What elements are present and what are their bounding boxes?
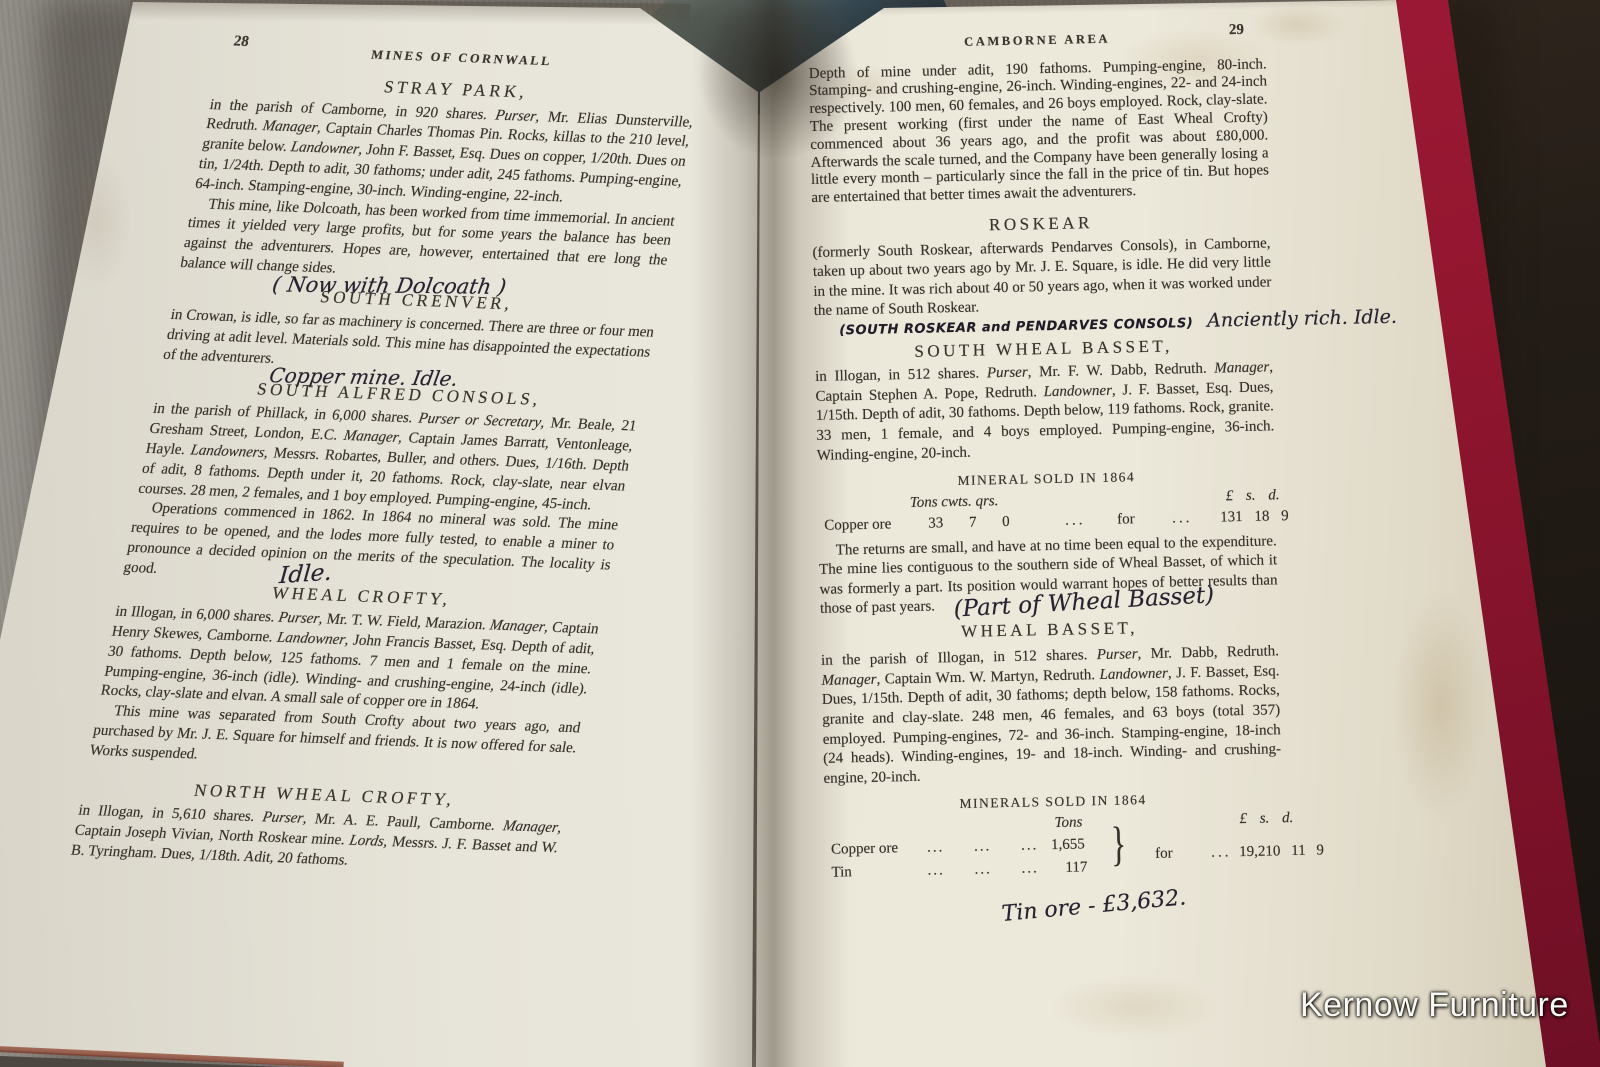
section-paragraph: in the parish of Illogan, in 512 shares.… <box>821 643 1282 790</box>
book-photo-scene: 28 MINES OF CORNWALL STRAY PARK, in the … <box>0 0 1600 1067</box>
page-stain <box>1050 975 1220 1039</box>
right-running-head: CAMBORNE AREA <box>964 32 1110 49</box>
table-dots: ... ... ... <box>927 859 1039 881</box>
right-page-content: CAMBORNE AREA 29 Depth of mine under adi… <box>808 26 1284 918</box>
table-qty-value: 33 7 0 <box>928 513 1010 534</box>
table-money-header: £ s. d. <box>1226 486 1280 507</box>
table-amount-value: 131 18 9 <box>1220 507 1289 528</box>
table-for-word: for <box>1155 845 1173 865</box>
handwritten-script-roskear: Anciently rich. Idle. <box>1207 308 1397 332</box>
table-qty-value: 1,655 <box>1051 835 1085 855</box>
page-stain <box>1392 590 1487 820</box>
table-for-word: for <box>1117 510 1135 530</box>
section-paragraph: in Illogan, in 512 shares. Purser, Mr. F… <box>815 358 1275 466</box>
table-row-label: Copper ore <box>824 515 891 536</box>
section-heading-roskear: ROSKEAR <box>812 209 1270 238</box>
left-running-head: MINES OF CORNWALL <box>370 48 553 69</box>
section-paragraph: in the parish of Camborne, in 920 shares… <box>193 96 694 213</box>
table-qty-header: Tons <box>1054 813 1082 833</box>
table-money-header: £ s. d. <box>1239 809 1293 830</box>
table-brace-glyph: } <box>1111 821 1127 869</box>
continued-paragraph: Depth of mine under adit, 190 fathoms. P… <box>809 56 1270 208</box>
section-heading-wheal-basset: WHEAL BASSET, <box>820 615 1278 644</box>
table-qty-value: 117 <box>1065 858 1087 878</box>
table-qty-header: Tons cwts. qrs. <box>910 492 999 513</box>
table-dots: ... <box>1172 509 1193 529</box>
minerals-sold-table: Tons £ s. d. Copper ore ... ... ... 1,65… <box>824 809 1283 891</box>
table-row-label: Tin <box>831 863 852 883</box>
page-stain <box>58 150 133 290</box>
section-paragraph: in Illogan, in 6,000 shares. Purser, Mr.… <box>99 603 600 720</box>
mineral-sold-table: Tons cwts. qrs. £ s. d. Copper ore 33 7 … <box>818 486 1277 542</box>
table-row-label: Copper ore <box>831 839 898 860</box>
section-paragraph: (formerly South Roskear, afterwards Pend… <box>812 234 1272 322</box>
section-paragraph: in the parish of Phillack, in 6,000 shar… <box>137 400 638 517</box>
table-dots: ... <box>1211 843 1232 863</box>
handwritten-annotation-dolcoath: ( Now with Dolcoath ) <box>175 274 603 298</box>
left-page-number: 28 <box>232 32 251 52</box>
watermark-text: Kernow Furniture <box>1300 986 1569 1025</box>
table-dots: ... ... ... <box>927 836 1039 858</box>
table-dots: ... <box>1065 511 1086 531</box>
right-page-number: 29 <box>1229 21 1244 41</box>
table-amount-value: 19,210 11 9 <box>1239 841 1324 862</box>
